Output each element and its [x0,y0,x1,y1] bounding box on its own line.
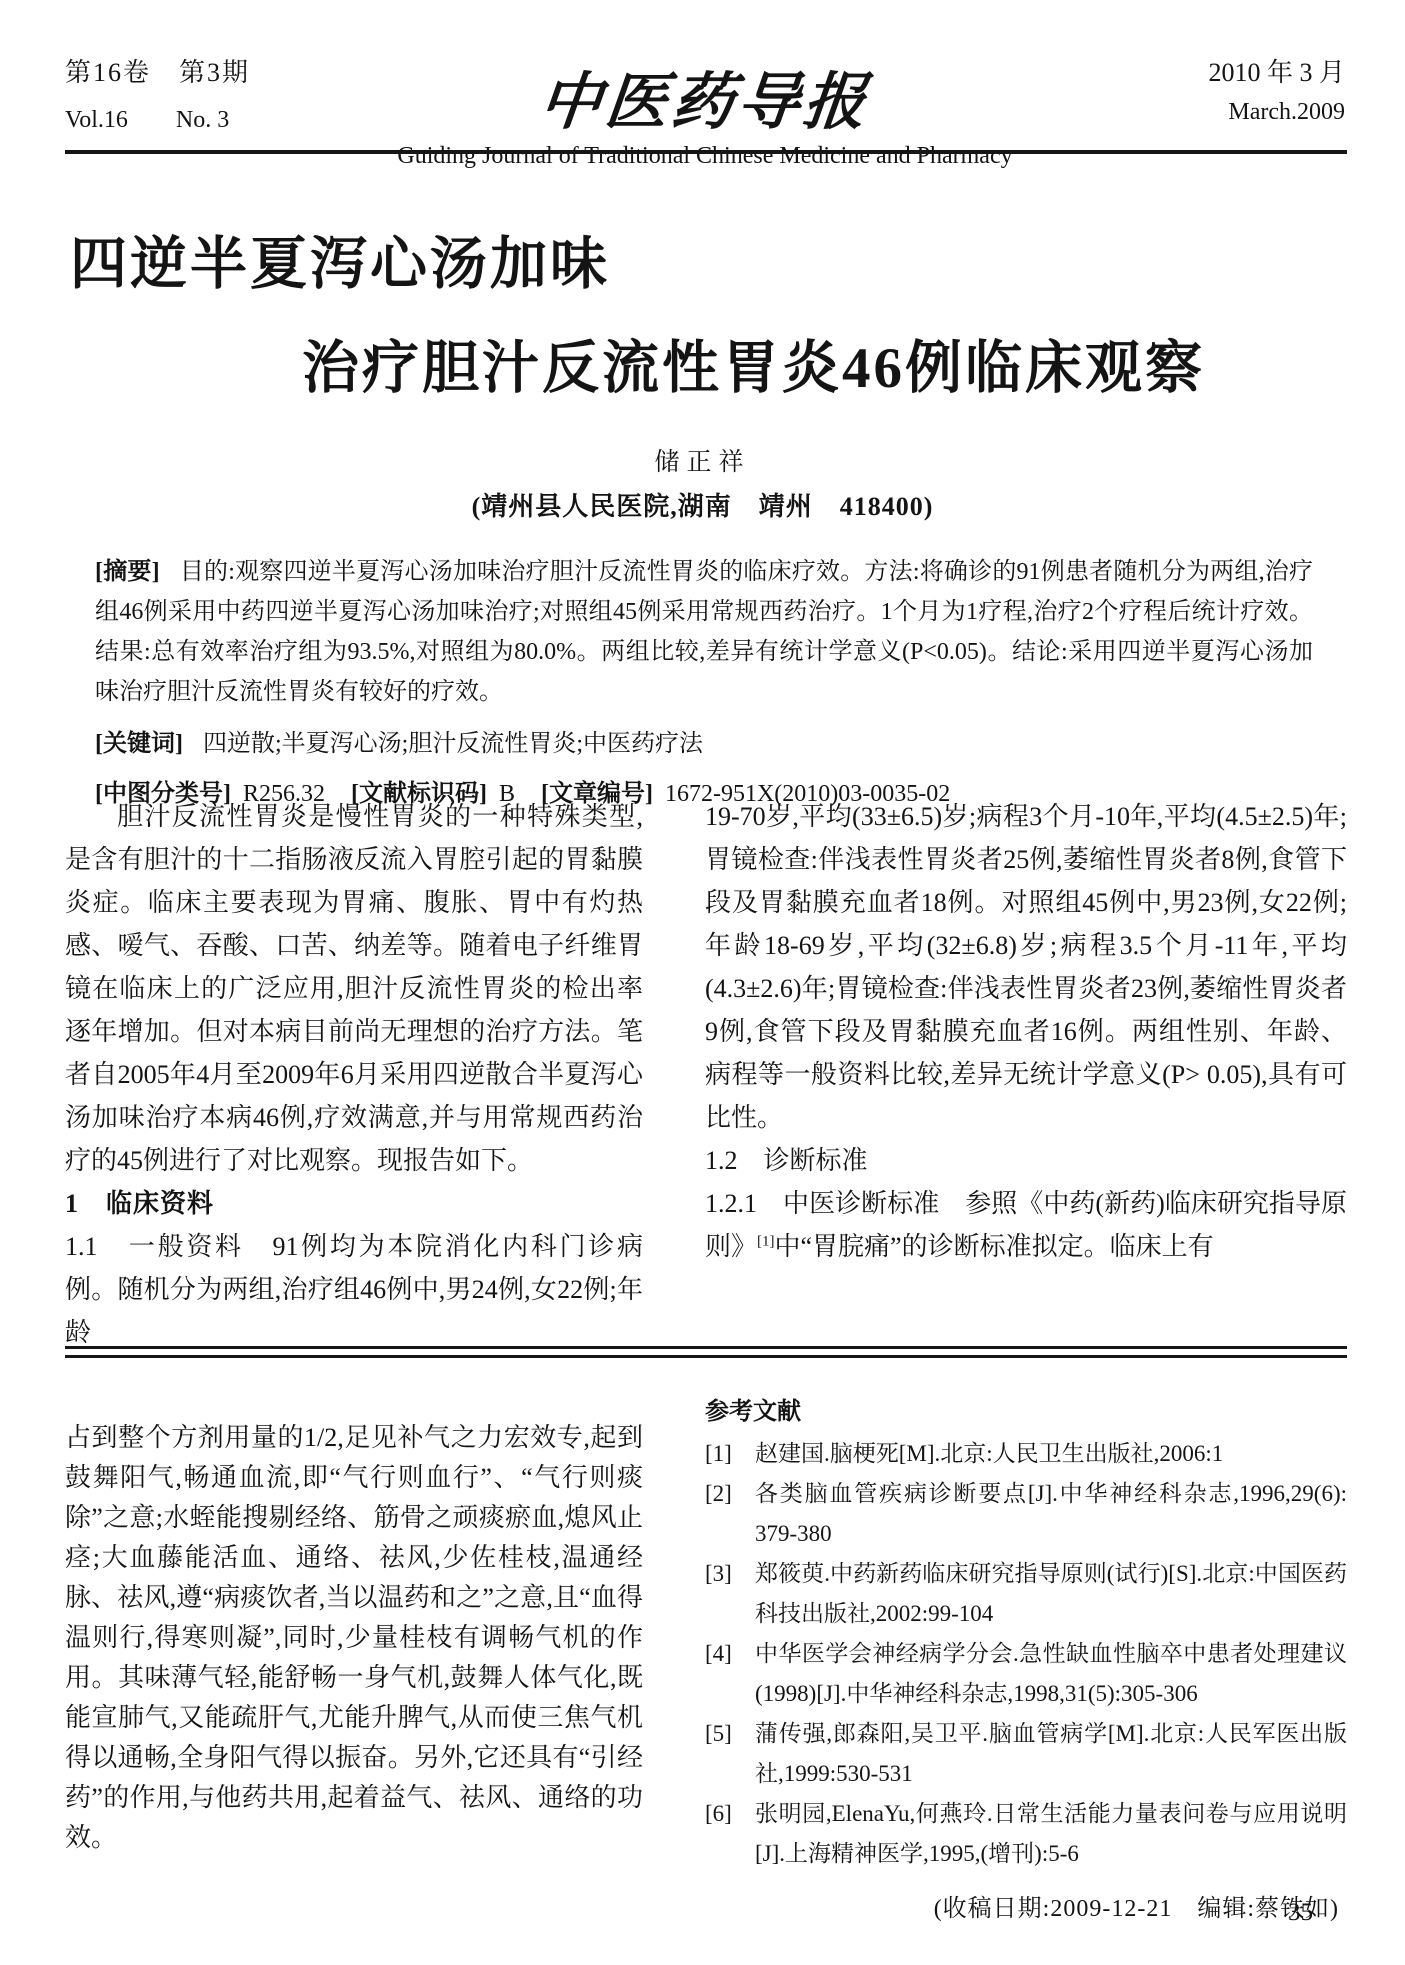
section-1-2-heading: 1.2 诊断标准 [705,1139,1347,1182]
reference-text: 蒲传强,郎森阳,吴卫平.脑血管病学[M].北京:人民军医出版社,1999:530… [755,1714,1347,1794]
reference-number: [1] [705,1434,755,1474]
references-heading: 参考文献 [705,1392,1347,1432]
page-number: 35 [1288,1899,1313,1927]
abstract-text: 目的:观察四逆半夏泻心汤加味治疗胆汁反流性胃炎的临床疗效。方法:将确诊的91例患… [95,559,1313,705]
keywords-label: [关键词] [95,731,183,757]
journal-name-en: Guiding Journal of Traditional Chinese M… [65,143,1345,170]
body-right-column: 19-70岁,平均(33±6.5)岁;病程3个月-10年,平均(4.5±2.5)… [705,795,1347,1354]
abstract: [摘要]目的:观察四逆半夏泻心汤加味治疗胆汁反流性胃炎的临床疗效。方法:将确诊的… [95,552,1313,712]
article-title: 四逆半夏泻心汤加味 治疗胆汁反流性胃炎46例临床观察 [70,218,1335,404]
references-column: 参考文献 [1] 赵建国.脑梗死[M].北京:人民卫生出版社,2006:1 [2… [705,1392,1347,1923]
reference-item: [3] 郑筱萸.中药新药临床研究指导原则(试行)[S].北京:中国医药科技出版社… [705,1554,1347,1634]
author-name: 储正祥 [0,442,1405,478]
author-affiliation: (靖州县人民医院,湖南 靖州 418400) [0,486,1405,523]
citation-superscript: [1] [757,1233,775,1249]
journal-header: 第16卷 第3期 Vol.16 No. 3 中医药导报 Guiding Jour… [65,52,1345,148]
reference-text: 中华医学会神经病学分会.急性缺血性脑卒中患者处理建议(1998)[J].中华神经… [755,1634,1347,1714]
reference-number: [5] [705,1714,755,1794]
journal-logo: 中医药导报 [535,52,874,141]
section-1-1-paragraph: 1.1 一般资料 91例均为本院消化内科门诊病例。随机分为两组,治疗组46例中,… [65,1225,643,1354]
reference-item: [6] 张明园,ElenaYu,何燕玲.日常生活能力量表问卷与应用说明[J].上… [705,1794,1347,1874]
journal-page: 第16卷 第3期 Vol.16 No. 3 中医药导报 Guiding Jour… [0,0,1405,1965]
article-meta: [摘要]目的:观察四逆半夏泻心汤加味治疗胆汁反流性胃炎的临床疗效。方法:将确诊的… [95,552,1313,814]
issue-date-en: March.2009 [1208,99,1345,126]
bottom-columns: 占到整个方剂用量的1/2,足见补气之力宏效专,起到鼓舞阳气,畅通血流,即“气行则… [65,1392,1347,1923]
reference-text: 各类脑血管疾病诊断要点[J].中华神经科杂志,1996,29(6): 379-3… [755,1474,1347,1554]
issue-date-cn: 2010 年 3 月 [1208,52,1345,89]
issue-date: 2010 年 3 月 March.2009 [1208,52,1345,126]
article-title-line2: 治疗胆汁反流性胃炎46例临床观察 [70,322,1335,404]
reference-number: [3] [705,1554,755,1634]
bottom-left-column: 占到整个方剂用量的1/2,足见补气之力宏效专,起到鼓舞阳气,畅通血流,即“气行则… [65,1392,643,1923]
intro-paragraph: 胆汁反流性胃炎是慢性胃炎的一种特殊类型,是含有胆汁的十二指肠液反流入胃腔引起的胃… [65,795,643,1182]
reference-text: 赵建国.脑梗死[M].北京:人民卫生出版社,2006:1 [755,1434,1347,1474]
reference-text: 张明园,ElenaYu,何燕玲.日常生活能力量表问卷与应用说明[J].上海精神医… [755,1794,1347,1874]
article-title-line1: 四逆半夏泻心汤加味 [70,218,1335,300]
received-date-note: (收稿日期:2009-12-21 编辑:蔡铁如) [705,1888,1347,1923]
reference-item: [1] 赵建国.脑梗死[M].北京:人民卫生出版社,2006:1 [705,1434,1347,1474]
body-columns: 胆汁反流性胃炎是慢性胃炎的一种特殊类型,是含有胆汁的十二指肠液反流入胃腔引起的胃… [65,795,1347,1354]
reference-item: [4] 中华医学会神经病学分会.急性缺血性脑卒中患者处理建议(1998)[J].… [705,1634,1347,1714]
reference-text: 郑筱萸.中药新药临床研究指导原则(试行)[S].北京:中国医药科技出版社,200… [755,1554,1347,1634]
reference-number: [2] [705,1474,755,1554]
general-data-paragraph: 19-70岁,平均(33±6.5)岁;病程3个月-10年,平均(4.5±2.5)… [705,795,1347,1139]
discussion-paragraph: 占到整个方剂用量的1/2,足见补气之力宏效专,起到鼓舞阳气,畅通血流,即“气行则… [65,1418,643,1858]
abstract-label: [摘要] [95,559,160,585]
keywords-text: 四逆散;半夏泻心汤;胆汁反流性胃炎;中医药疗法 [203,731,703,757]
reference-number: [4] [705,1634,755,1714]
reference-item: [2] 各类脑血管疾病诊断要点[J].中华神经科杂志,1996,29(6): 3… [705,1474,1347,1554]
reference-number: [6] [705,1794,755,1874]
section-1-2-1-text-b: 中“胃脘痛”的诊断标准拟定。临床上有 [775,1232,1214,1261]
reference-item: [5] 蒲传强,郎森阳,吴卫平.脑血管病学[M].北京:人民军医出版社,1999… [705,1714,1347,1794]
section-1-2-1-paragraph: 1.2.1 中医诊断标准 参照《中药(新药)临床研究指导原则》[1]中“胃脘痛”… [705,1182,1347,1268]
header-divider [65,150,1347,154]
section-divider [65,1346,1347,1358]
keywords-line: [关键词]四逆散;半夏泻心汤;胆汁反流性胃炎;中医药疗法 [95,724,1313,764]
section-1-heading: 1 临床资料 [65,1182,643,1225]
body-left-column: 胆汁反流性胃炎是慢性胃炎的一种特殊类型,是含有胆汁的十二指肠液反流入胃腔引起的胃… [65,795,643,1354]
